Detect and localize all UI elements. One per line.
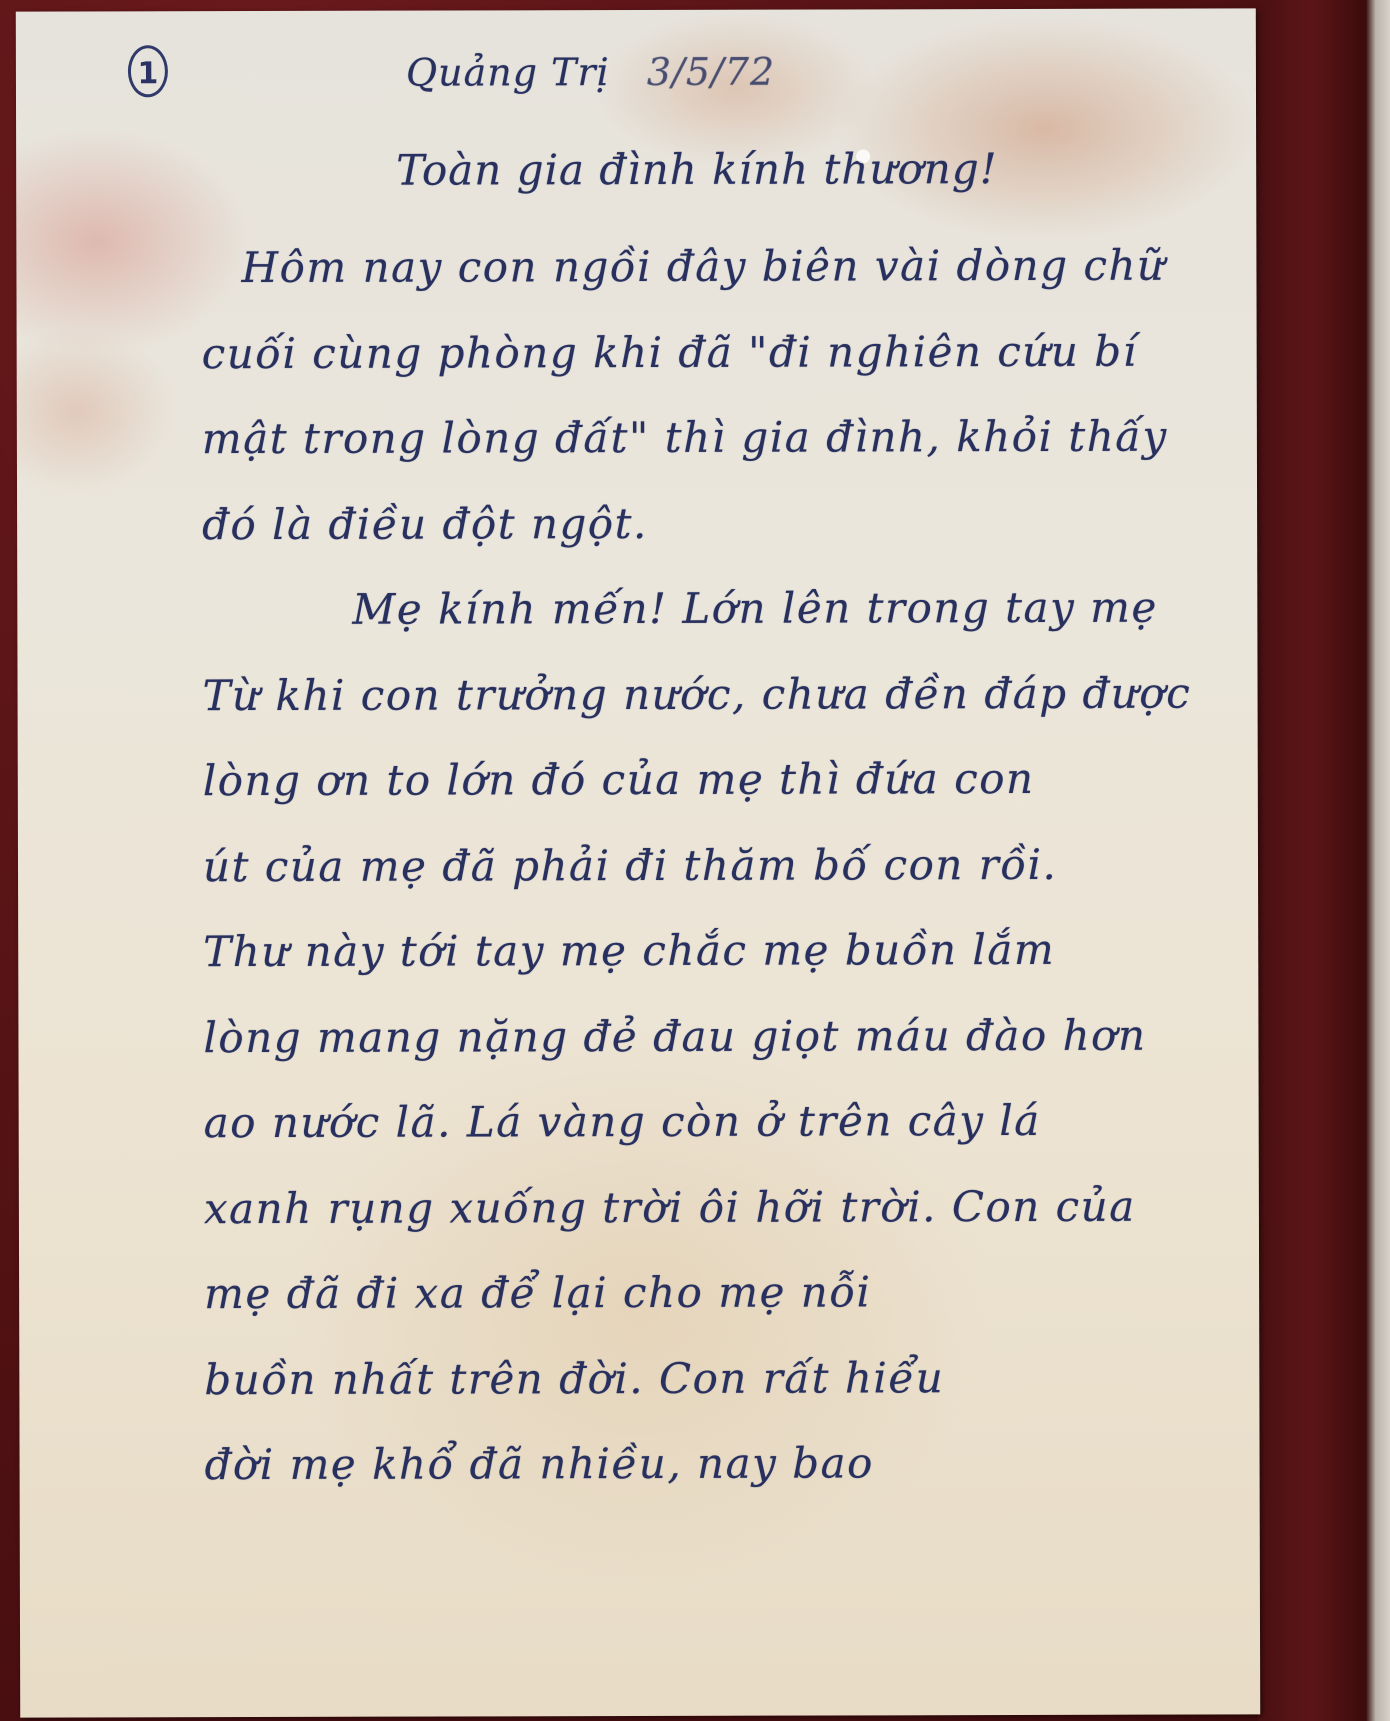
body-line: ao nước lã. Lá vàng còn ở trên cây lá: [204, 1096, 1104, 1184]
body-line: Thư này tới tay mẹ chắc mẹ buồn lắm: [203, 925, 1103, 1013]
page-number-circle: 1: [128, 45, 168, 97]
body-line: Từ khi con trưởng nước, chưa đền đáp đượ…: [202, 668, 1102, 756]
letter-place: Quảng Trị: [406, 50, 610, 95]
body-line: mẹ đã đi xa để lại cho mẹ nỗi: [204, 1267, 1104, 1355]
place-date-line: Quảng Trị 3/5/72: [406, 50, 775, 95]
body-line: đó là điều đột ngột.: [202, 497, 1102, 585]
body-line: Hôm nay con ngồi đây biên vài dòng chữ: [201, 241, 1101, 329]
paper-blemish: [856, 149, 870, 163]
body-line: út của mẹ đã phải đi thăm bố con rồi.: [203, 839, 1103, 927]
body-line: xanh rụng xuống trời ôi hỡi trời. Con củ…: [204, 1181, 1104, 1269]
body-line: lòng ơn to lớn đó của mẹ thì đứa con: [203, 754, 1103, 842]
adjacent-page-edge: [1366, 0, 1390, 1721]
letter-body: Hôm nay con ngồi đây biên vài dòng chữ c…: [201, 241, 1104, 1526]
salutation: Toàn gia đình kính thương!: [396, 144, 998, 195]
body-line: cuối cùng phòng khi đã "đi nghiên cứu bí: [202, 326, 1102, 414]
body-line: lòng mang nặng đẻ đau giọt máu đào hơn: [203, 1010, 1103, 1098]
body-line: đời mẹ khổ đã nhiều, nay bao: [205, 1438, 1105, 1526]
letter-date: 3/5/72: [647, 50, 775, 94]
body-line: mật trong lòng đất" thì gia đình, khỏi t…: [202, 412, 1102, 500]
body-line: buồn nhất trên đời. Con rất hiểu: [204, 1352, 1104, 1440]
body-line: Mẹ kính mến! Lớn lên trong tay mẹ: [202, 583, 1102, 671]
letter-page: 1 Quảng Trị 3/5/72 Toàn gia đình kính th…: [16, 8, 1260, 1717]
board-right-margin: [1258, 0, 1366, 1721]
